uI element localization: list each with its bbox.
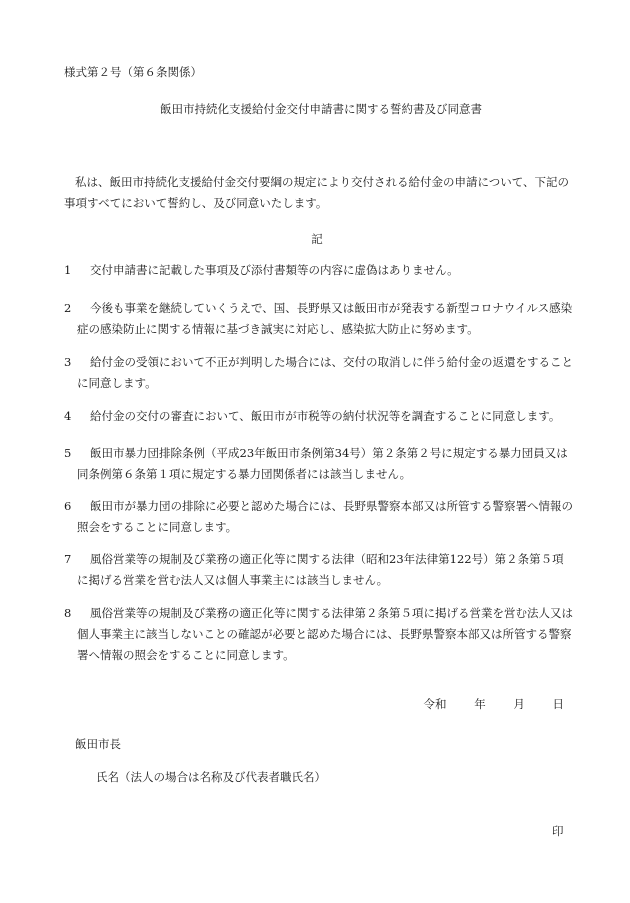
pledge-item-2: 2 今後も事業を継続していくうえで、国、長野県又は飯田市が発表する新型コロナウイ… <box>64 298 574 340</box>
item-text: 風俗営業等の規制及び業務の適正化等に関する法律（昭和23年法律第122号）第２条… <box>64 549 574 591</box>
item-number: 7 <box>64 549 71 570</box>
date-line: 令和 年 月 日 <box>424 696 564 712</box>
addressee: 飯田市長 <box>75 736 121 752</box>
pledge-item-7: 7 風俗営業等の規制及び業務の適正化等に関する法律（昭和23年法律第122号）第… <box>64 549 574 591</box>
item-text: 飯田市暴力団排除条例（平成23年飯田市条例第34号）第２条第２号に規定する暴力団… <box>64 443 574 485</box>
item-number: 4 <box>64 406 71 427</box>
ki-heading: 記 <box>0 231 630 247</box>
pledge-item-3: 3 給付金の受領において不正が判明した場合には、交付の取消しに伴う給付金の返還を… <box>64 352 574 394</box>
item-text: 交付申請書に記載した事項及び添付書類等の内容に虚偽はありません。 <box>64 260 574 281</box>
item-text: 給付金の受領において不正が判明した場合には、交付の取消しに伴う給付金の返還をする… <box>64 352 574 394</box>
date-year: 年 <box>474 696 486 712</box>
item-text: 給付金の交付の審査において、飯田市が市税等の納付状況等を調査することに同意します… <box>64 406 574 427</box>
item-number: 8 <box>64 603 71 624</box>
item-number: 1 <box>64 260 71 281</box>
item-number: 2 <box>64 298 71 319</box>
applicant-name-label: 氏名（法人の場合は名称及び代表者職氏名） <box>96 769 326 785</box>
item-text: 今後も事業を継続していくうえで、国、長野県又は飯田市が発表する新型コロナウイルス… <box>64 298 574 340</box>
pledge-item-8: 8 風俗営業等の規制及び業務の適正化等に関する法律第２条第５項に掲げる営業を営む… <box>64 603 574 666</box>
date-era: 令和 <box>424 696 447 712</box>
item-number: 6 <box>64 496 71 517</box>
document-title: 飯田市持続化支援給付金交付申請書に関する誓約書及び同意書 <box>0 101 630 117</box>
item-number: 5 <box>64 443 71 464</box>
pledge-item-1: 1 交付申請書に記載した事項及び添付書類等の内容に虚偽はありません。 <box>64 260 574 281</box>
item-number: 3 <box>64 352 71 373</box>
seal-mark: 印 <box>552 823 564 839</box>
form-number: 様式第２号（第６条関係） <box>64 64 202 80</box>
item-text: 飯田市が暴力団の排除に必要と認めた場合には、長野県警察本部又は所管する警察署へ情… <box>64 496 574 538</box>
date-day: 日 <box>553 696 565 712</box>
pledge-item-5: 5 飯田市暴力団排除条例（平成23年飯田市条例第34号）第２条第２号に規定する暴… <box>64 443 574 485</box>
intro-paragraph: 私は、飯田市持続化支援給付金交付要綱の規定により交付される給付金の申請について、… <box>64 172 574 214</box>
item-text: 風俗営業等の規制及び業務の適正化等に関する法律第２条第５項に掲げる営業を営む法人… <box>64 603 574 666</box>
date-month: 月 <box>513 696 525 712</box>
pledge-item-4: 4 給付金の交付の審査において、飯田市が市税等の納付状況等を調査することに同意し… <box>64 406 574 427</box>
pledge-item-6: 6 飯田市が暴力団の排除に必要と認めた場合には、長野県警察本部又は所管する警察署… <box>64 496 574 538</box>
